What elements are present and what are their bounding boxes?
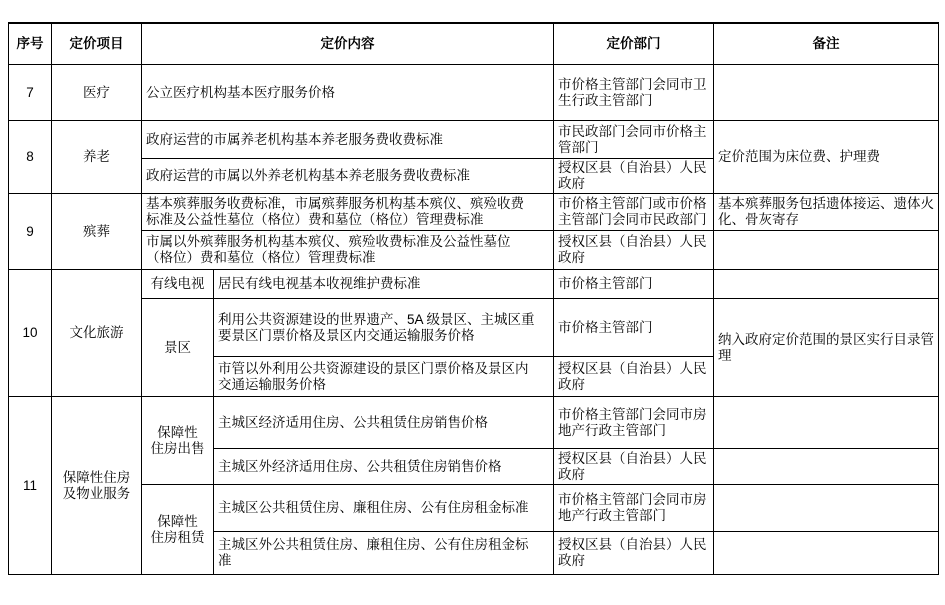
department-cell: 市民政部门会同市价格主管部门 — [554, 121, 713, 158]
department-cell: 授权区县（自治县）人民政府 — [554, 449, 713, 484]
header-remark: 备注 — [714, 24, 938, 64]
remark-cell — [714, 231, 938, 269]
department-cell: 授权区县（自治县）人民政府 — [554, 231, 713, 269]
content-cell: 市属以外殡葬服务机构基本殡仪、殡殓收费标准及公益性墓位（格位）费和墓位（格位）管… — [142, 231, 553, 269]
item-eldercare-cell: 养老 — [52, 121, 141, 193]
item-medical-cell: 医疗 — [52, 65, 141, 120]
header-item: 定价项目 — [52, 24, 141, 64]
item-culture-tourism-cell: 文化旅游 — [52, 270, 141, 396]
remark-cell — [714, 485, 938, 531]
department-cell: 市价格主管部门会同市卫生行政主管部门 — [554, 65, 713, 120]
department-cell: 市价格主管部门 — [554, 270, 713, 298]
content-cell: 政府运营的市属养老机构基本养老服务费收费标准 — [142, 121, 553, 158]
remark-cell — [714, 270, 938, 298]
content-cell: 居民有线电视基本收视维护费标准 — [214, 270, 553, 298]
content-cell: 公立医疗机构基本医疗服务价格 — [142, 65, 553, 120]
department-cell: 市价格主管部门或市价格主管部门会同市民政部门 — [554, 194, 713, 230]
content-cell: 主城区公共租赁住房、廉租住房、公有住房租金标准 — [214, 485, 553, 531]
subitem-housing-rental-cell: 保障性 住房租赁 — [142, 485, 213, 574]
remark-cell: 定价范围为床位费、护理费 — [714, 121, 938, 193]
subitem-housing-sale-cell: 保障性 住房出售 — [142, 397, 213, 484]
content-cell: 市管以外利用公共资源建设的景区门票价格及景区内交通运输服务价格 — [214, 357, 553, 396]
content-cell: 利用公共资源建设的世界遗产、5A 级景区、主城区重要景区门票价格及景区内交通运输… — [214, 299, 553, 356]
seq-8-cell: 8 — [9, 121, 51, 193]
header-content: 定价内容 — [142, 24, 553, 64]
seq-9-cell: 9 — [9, 194, 51, 269]
header-seq: 序号 — [9, 24, 51, 64]
item-affordable-housing-cell: 保障性住房 及物业服务 — [52, 397, 141, 574]
remark-cell — [714, 65, 938, 120]
seq-10-cell: 10 — [9, 270, 51, 396]
remark-cell: 纳入政府定价范围的景区实行目录管理 — [714, 299, 938, 396]
header-department: 定价部门 — [554, 24, 713, 64]
department-cell: 授权区县（自治县）人民政府 — [554, 159, 713, 193]
subitem-cable-tv-cell: 有线电视 — [142, 270, 213, 298]
content-cell: 主城区外公共租赁住房、廉租住房、公有住房租金标准 — [214, 532, 553, 574]
pricing-catalog-table: 序号 定价项目 定价内容 定价部门 备注 7 医疗 公立医疗机构基本医疗服务价格… — [8, 22, 939, 575]
seq-7-cell: 7 — [9, 65, 51, 120]
department-cell: 市价格主管部门会同市房地产行政主管部门 — [554, 485, 713, 531]
content-cell: 主城区经济适用住房、公共租赁住房销售价格 — [214, 397, 553, 448]
content-cell: 政府运营的市属以外养老机构基本养老服务费收费标准 — [142, 159, 553, 193]
remark-cell — [714, 397, 938, 448]
item-funeral-cell: 殡葬 — [52, 194, 141, 269]
subitem-scenic-area-cell: 景区 — [142, 299, 213, 396]
department-cell: 授权区县（自治县）人民政府 — [554, 357, 713, 396]
seq-11-cell: 11 — [9, 397, 51, 574]
remark-cell: 基本殡葬服务包括遗体接运、遗体火化、骨灰寄存 — [714, 194, 938, 230]
content-cell: 基本殡葬服务收费标准，市属殡葬服务机构基本殡仪、殡殓收费标准及公益性墓位（格位）… — [142, 194, 553, 230]
remark-cell — [714, 449, 938, 484]
department-cell: 市价格主管部门会同市房地产行政主管部门 — [554, 397, 713, 448]
department-cell: 授权区县（自治县）人民政府 — [554, 532, 713, 574]
content-cell: 主城区外经济适用住房、公共租赁住房销售价格 — [214, 449, 553, 484]
department-cell: 市价格主管部门 — [554, 299, 713, 356]
remark-cell — [714, 532, 938, 574]
